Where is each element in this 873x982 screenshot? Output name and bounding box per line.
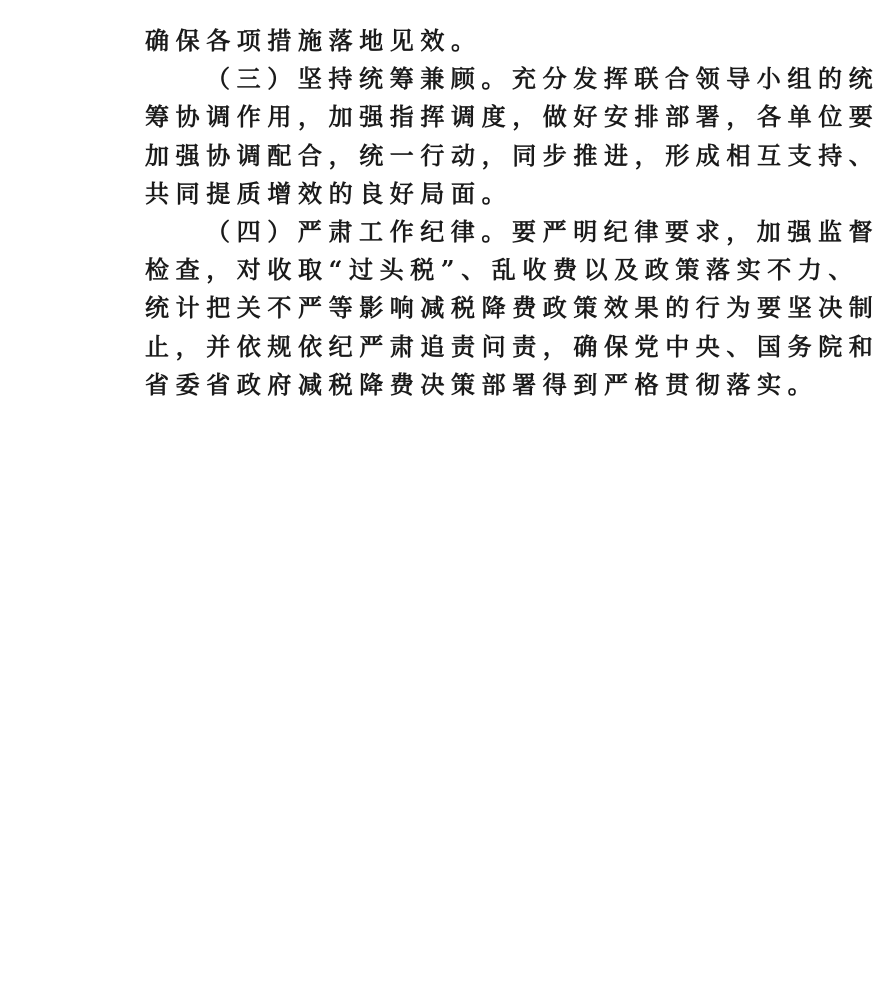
paragraph-4-line: 止，并依规依纪严肃追责问责，确保党中央、国务院和 — [145, 328, 730, 366]
paragraph-4-first-line: （四）严肃工作纪律。要严明纪律要求，加强监督 — [145, 213, 730, 251]
paragraph-3-line: 筹协调作用，加强指挥调度，做好安排部署，各单位要 — [145, 98, 730, 136]
paragraph-3-first-line: （三）坚持统筹兼顾。充分发挥联合领导小组的统 — [145, 60, 730, 98]
paragraph-4-line: 检查，对收取“过头税”、乱收费以及政策落实不力、 — [145, 251, 730, 289]
paragraph-continuation-line: 确保各项措施落地见效。 — [145, 22, 730, 60]
paragraph-3-line: 加强协调配合，统一行动，同步推进，形成相互支持、 — [145, 137, 730, 175]
paragraph-4-line: 统计把关不严等影响减税降费政策效果的行为要坚决制 — [145, 289, 730, 327]
paragraph-3-last-line: 共同提质增效的良好局面。 — [145, 175, 730, 213]
paragraph-4-last-line: 省委省政府减税降费决策部署得到严格贯彻落实。 — [145, 366, 730, 404]
document-body: 确保各项措施落地见效。 （三）坚持统筹兼顾。充分发挥联合领导小组的统 筹协调作用… — [145, 22, 730, 404]
document-page: 确保各项措施落地见效。 （三）坚持统筹兼顾。充分发挥联合领导小组的统 筹协调作用… — [0, 0, 873, 982]
